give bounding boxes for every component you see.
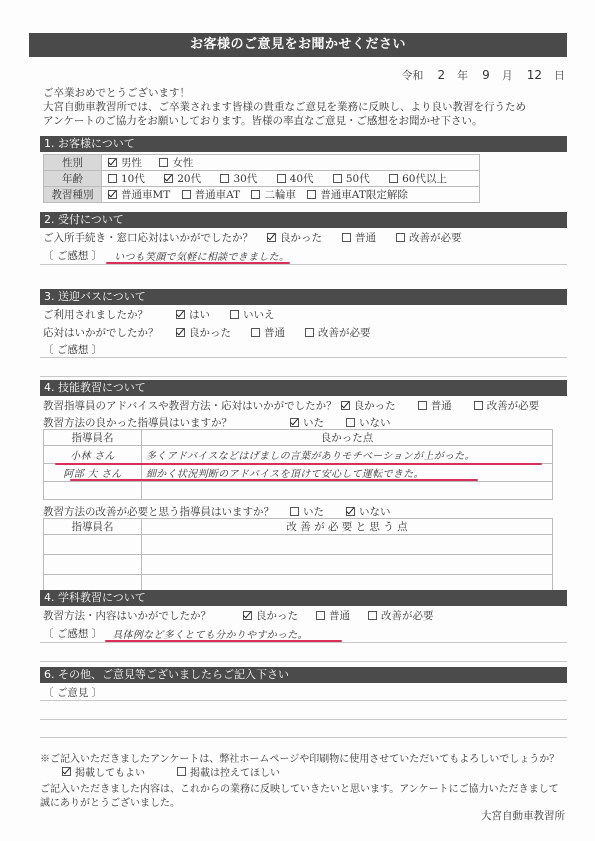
date-day[interactable]: 12 [527,68,542,82]
improve-instructor-table: 指導員名 改 善 が 必 要 と 思 う 点 [43,518,553,595]
date-year-unit: 年 [457,67,468,83]
column-instructor-name: 指導員名 [44,519,142,535]
lecture-question: 教習方法・内容はいかがでしたか？ [43,608,243,623]
checkbox-lecture-normal[interactable] [316,611,325,620]
table-header-row: 指導員名 改 善 が 必 要 と 思 う 点 [44,519,553,535]
age-options: 10代 20代 30代 40代 50代 60代以上 [102,171,480,187]
instructor-name-cell[interactable]: 小林 さん [44,446,142,464]
checkbox-good-instructor-yes[interactable] [290,418,299,427]
option-male[interactable]: 男性 [108,155,142,170]
checkbox-advice-improve[interactable] [474,401,483,410]
option-30s[interactable]: 30代 [220,171,257,186]
bus-usage-option-yes[interactable]: はい [176,307,210,322]
checkbox-advice-normal[interactable] [418,401,427,410]
checkbox-bus-no[interactable] [230,310,239,319]
section-6-header: 6. その他、ご意見等ございましたらご記入下さい [40,667,567,683]
age-label: 年齢 [44,171,102,187]
bus-service-option-good[interactable]: 良かった [176,325,231,340]
consent-question: ※ご記入いただきましたアンケートは、弊社ホームページや印刷物に使用させていただい… [40,750,559,765]
checkbox-20s[interactable] [164,174,173,183]
improve-instructor-option-no[interactable]: いない [346,504,391,519]
option-60s-plus[interactable]: 60代以上 [389,171,447,186]
reception-comment[interactable]: いつも笑顔で気軽に相談できました。 [114,248,289,263]
option-20s[interactable]: 20代 [164,171,201,186]
closing-line-1: ご記入いただきました内容は、これからの業務に反映していきたいと思います。アンケー… [40,783,559,797]
bus-service-row: 応対はいかがでしたか？ 良かった 普通 改善が必要 [43,325,385,340]
reception-question-row: ご入所手続き・窓口応対はいかがでしたか？ 良かった 普通 改善が必要 [43,230,476,245]
option-at[interactable]: 普通車AT [182,187,241,202]
bus-usage-question: ご利用されましたか？ [43,307,176,322]
improve-instructor-question: 教習方法の改善が必要と思う指導員はいますか？ [43,504,290,519]
instructor-advice-option-normal[interactable]: 普通 [418,398,452,413]
bus-service-question: 応対はいかがでしたか？ [43,325,176,340]
checkbox-improve-instructor-no[interactable] [346,507,355,516]
checkbox-lecture-good[interactable] [243,611,252,620]
comment-rule [40,642,567,643]
checkbox-60s-plus[interactable] [389,174,398,183]
intro-line-2: 大宮自動車教習所では、ご卒業されます皆様の貴重なご意見を業務に反映し、より良い教… [43,100,526,114]
instructor-name-cell[interactable] [44,555,142,575]
option-motorcycle[interactable]: 二輪車 [251,187,296,202]
good-instructor-question: 教習方法の良かった指導員はいますか？ [43,415,290,430]
checkbox-motorcycle[interactable] [251,190,260,199]
comment-rule [40,376,567,377]
consent-option-deny[interactable]: 掲載は控えてほしい [177,764,280,779]
lecture-question-row: 教習方法・内容はいかがでしたか？ 良かった 普通 改善が必要 [43,608,448,623]
reception-comment-row: 〔 ご感想 〕 いつも笑顔で気軽に相談できました。 [43,248,289,263]
checkbox-reception-good[interactable] [267,233,276,242]
checkbox-male[interactable] [108,158,117,167]
good-instructor-option-yes[interactable]: いた [290,415,324,430]
checkbox-bus-good[interactable] [176,328,185,337]
checkbox-reception-improve[interactable] [396,233,405,242]
other-comment-label: 〔 ご意見 〕 [43,685,102,700]
intro-line-3: アンケートのご協力をお願いしております。皆様の率直なご意見・ご感想をお聞かせ下さ… [43,114,526,128]
bus-comment-row: 〔 ご感想 〕 [43,342,102,357]
checkbox-50s[interactable] [333,174,342,183]
checkbox-female[interactable] [159,158,168,167]
intro-line-1: ご卒業おめでとうございます！ [43,86,526,100]
column-good-points: 良かった点 [142,430,553,446]
checkbox-reception-normal[interactable] [342,233,351,242]
closing-text: ご記入いただきました内容は、これからの業務に反映していきたいと思います。アンケー… [40,783,559,811]
gender-row: 性別 男性 女性 [44,155,480,171]
comment-rule [40,357,567,358]
reception-option-normal[interactable]: 普通 [342,230,376,245]
good-instructor-row: 教習方法の良かった指導員はいますか？ いた いない [43,415,405,430]
table-header-row: 指導員名 良かった点 [44,430,553,446]
section-2-header: 2. 受付について [40,212,567,228]
section-5-header: 4. 学科教習について [40,590,567,606]
organization-name: 大宮自動車教習所 [481,808,565,823]
comment-rule [40,264,567,265]
checkbox-bus-yes[interactable] [176,310,185,319]
checkbox-10s[interactable] [108,174,117,183]
checkbox-at[interactable] [182,190,191,199]
improve-point-cell[interactable] [142,555,553,575]
checkbox-consent-allow[interactable] [62,767,71,776]
checkbox-40s[interactable] [277,174,286,183]
bus-usage-option-no[interactable]: いいえ [230,307,275,322]
checkbox-bus-normal[interactable] [251,328,260,337]
table-row [44,555,553,575]
lecture-comment-label: 〔 ご感想 〕 [43,626,102,641]
instructor-advice-option-good[interactable]: 良かった [341,398,396,413]
bus-comment-label: 〔 ご感想 〕 [43,342,102,357]
lecture-option-normal[interactable]: 普通 [316,608,350,623]
checkbox-30s[interactable] [220,174,229,183]
course-type-options: 普通車MT 普通車AT 二輪車 普通車AT限定解除 [102,187,480,203]
checkbox-lecture-improve[interactable] [368,611,377,620]
instructor-advice-option-improve[interactable]: 改善が必要 [474,398,540,413]
reception-comment-label: 〔 ご感想 〕 [43,248,102,263]
improve-instructor-option-yes[interactable]: いた [290,504,324,519]
comment-rule [40,719,567,720]
checkbox-good-instructor-no[interactable] [346,418,355,427]
option-at-limit-removal[interactable]: 普通車AT限定解除 [307,187,408,202]
section-3-header: 3. 送迎バスについて [40,289,567,305]
other-comment-row: 〔 ご意見 〕 [43,685,102,700]
course-type-row: 教習種別 普通車MT 普通車AT 二輪車 普通車AT限定解除 [44,187,480,203]
lecture-comment[interactable]: 具体例など多くとても分かりやすかった。 [112,626,308,641]
reception-question: ご入所手続き・窓口応対はいかがでしたか？ [43,230,253,245]
red-underline [70,479,478,481]
checkbox-at-limit-removal[interactable] [307,190,316,199]
column-improve-points: 改 善 が 必 要 と 思 う 点 [142,519,553,535]
intro-text: ご卒業おめでとうございます！ 大宮自動車教習所では、ご卒業されます皆様の貴重なご… [43,86,526,128]
good-point-cell[interactable] [142,482,553,500]
table-row: 小林 さん 多くアドバイスなどはげましの言葉がありモチベーションが上がった。 [44,446,553,464]
bus-service-option-normal[interactable]: 普通 [251,325,285,340]
gender-options: 男性 女性 [102,155,480,171]
comment-rule [40,700,567,701]
checkbox-mt[interactable] [108,190,117,199]
bus-usage-row: ご利用されましたか？ はい いいえ [43,307,289,322]
date-month[interactable]: 9 [482,68,490,82]
improve-instructor-row: 教習方法の改善が必要と思う指導員はいますか？ いた いない [43,504,405,519]
option-female[interactable]: 女性 [159,155,193,170]
checkbox-bus-improve[interactable] [305,328,314,337]
lecture-comment-row: 〔 ご感想 〕 具体例など多くとても分かりやすかった。 [43,626,308,641]
option-mt[interactable]: 普通車MT [108,187,170,202]
page-title: お客様のご意見をお聞かせください [29,33,567,57]
date-month-unit: 月 [502,67,513,83]
customer-info-table: 性別 男性 女性 年齢 10代 20代 30代 40代 50代 60代以上 教習… [43,154,480,203]
comment-rule [40,661,567,662]
date-era: 令和 [401,67,423,83]
reception-option-improve[interactable]: 改善が必要 [396,230,462,245]
option-50s[interactable]: 50代 [333,171,370,186]
date-day-unit: 日 [554,67,565,83]
instructor-advice-row: 教習指導員のアドバイスや教習方法・応対はいかがでしたか？ 良かった 普通 改善が… [43,398,553,413]
good-instructor-option-no[interactable]: いない [346,415,391,430]
improve-point-cell[interactable] [142,535,553,555]
bus-service-option-improve[interactable]: 改善が必要 [305,325,371,340]
column-instructor-name: 指導員名 [44,430,142,446]
instructor-advice-question: 教習指導員のアドバイスや教習方法・応対はいかがでしたか？ [43,398,337,413]
date-year[interactable]: 2 [437,68,445,82]
checkbox-consent-deny[interactable] [177,767,186,776]
red-underline [55,463,542,465]
comment-rule [40,737,567,738]
checkbox-improve-instructor-yes[interactable] [290,507,299,516]
gender-label: 性別 [44,155,102,171]
lecture-option-good[interactable]: 良かった [243,608,298,623]
section-4-header: 4. 技能教習について [40,380,567,396]
consent-option-allow[interactable]: 掲載してもよい [62,764,145,779]
section-1-header: 1. お客様について [40,136,567,152]
reception-option-good[interactable]: 良かった [267,230,322,245]
course-type-label: 教習種別 [44,187,102,203]
checkbox-advice-good[interactable] [341,401,350,410]
consent-options-row: 掲載してもよい 掲載は控えてほしい [62,764,294,779]
lecture-option-improve[interactable]: 改善が必要 [368,608,434,623]
table-row [44,535,553,555]
date: 令和 2 年 9 月 12 日 [401,67,565,83]
instructor-name-cell[interactable] [44,482,142,500]
age-row: 年齢 10代 20代 30代 40代 50代 60代以上 [44,171,480,187]
instructor-name-cell[interactable] [44,535,142,555]
good-point-cell[interactable]: 多くアドバイスなどはげましの言葉がありモチベーションが上がった。 [142,446,553,464]
option-40s[interactable]: 40代 [277,171,314,186]
option-10s[interactable]: 10代 [108,171,145,186]
table-row [44,482,553,500]
